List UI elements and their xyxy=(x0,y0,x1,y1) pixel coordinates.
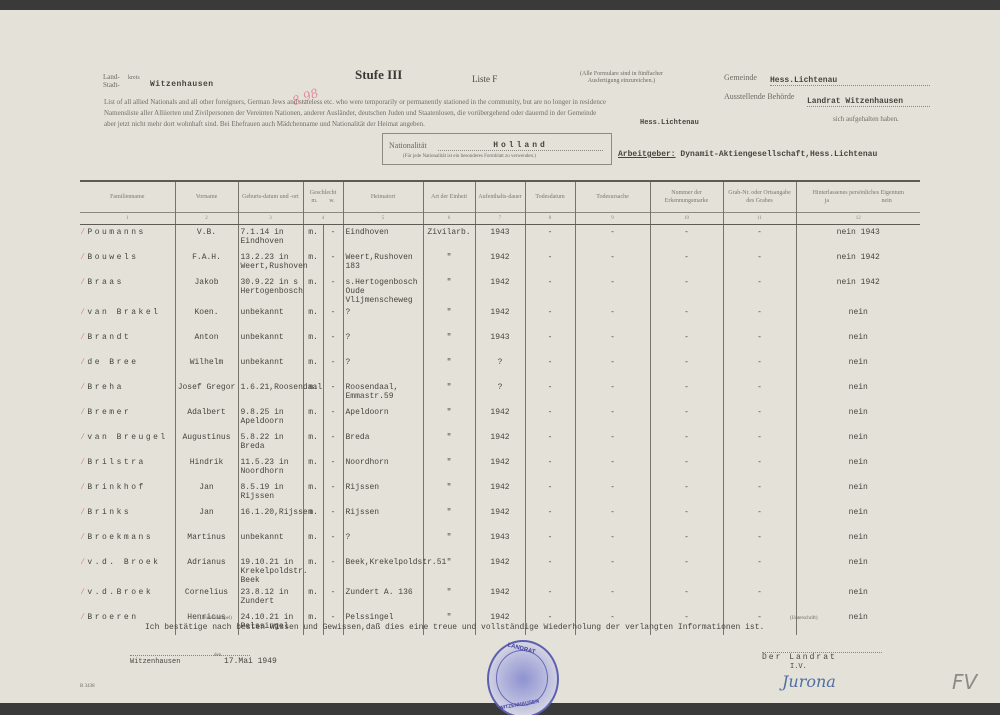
surname-text: Brilstra xyxy=(87,458,145,467)
surname-cell: ∕Braas xyxy=(80,275,175,305)
description: List of all allied Nationals and all oth… xyxy=(104,97,904,130)
nationality-box: Nationalität Holland (Für jede Nationali… xyxy=(382,133,612,165)
death-cause-cell: - xyxy=(575,505,650,530)
death-cause-cell: - xyxy=(575,430,650,455)
check-mark-icon: ∕ xyxy=(80,407,85,417)
death-date-cell: - xyxy=(525,555,575,585)
col-number: 9 xyxy=(575,213,650,225)
check-mark-icon: ∕ xyxy=(80,482,85,492)
unit-cell: Zivilarb. xyxy=(423,225,475,250)
birth-cell: 1.6.21,Roosendaal xyxy=(238,380,303,405)
gemeinde-label: Gemeinde xyxy=(724,73,757,82)
tag-number-cell: - xyxy=(650,530,723,555)
surname-text: van Brakel xyxy=(87,308,160,317)
surname-text: Braas xyxy=(87,278,124,287)
table-row: ∕BroekmansMartinusunbekanntm.-?"1943----… xyxy=(80,530,920,555)
check-mark-icon: ∕ xyxy=(80,382,85,392)
sex-w-cell: - xyxy=(323,530,343,555)
col-sub: w. xyxy=(329,197,334,205)
unit-cell: " xyxy=(423,505,475,530)
hometown-cell: Eindhoven xyxy=(343,225,423,250)
col-header: Vorname xyxy=(175,181,238,213)
grave-cell: - xyxy=(723,355,796,380)
description-line: List of all allied Nationals and all oth… xyxy=(104,97,904,108)
col-header: Hinterlassenes persönliches Eigentumjane… xyxy=(796,181,920,213)
property-cell: nein xyxy=(796,330,920,355)
sex-w-cell: - xyxy=(323,555,343,585)
check-mark-icon: ∕ xyxy=(80,357,85,367)
surname-text: de Bree xyxy=(87,358,138,367)
gemeinde-value: Hess.Lichtenau xyxy=(770,76,930,86)
tag-number-cell: - xyxy=(650,455,723,480)
stay-cell: 1942 xyxy=(475,455,525,480)
given-name-cell: Wilhelm xyxy=(175,355,238,380)
surname-cell: ∕Bremer xyxy=(80,405,175,430)
confirmation-text: Ich bestätige nach besten Wissen und Gew… xyxy=(145,623,764,632)
property-cell: nein xyxy=(796,405,920,430)
col-number: 10 xyxy=(650,213,723,225)
hometown-cell: Weert,Rushoven 183 xyxy=(343,250,423,275)
sex-m-cell: m. xyxy=(303,530,323,555)
birth-cell: 23.8.12 in Zundert xyxy=(238,585,303,610)
given-name-cell: Koen. xyxy=(175,305,238,330)
document-page: Land- Stadt- kreis Witzenhausen 8.98 Stu… xyxy=(0,10,1000,703)
col-header: Todesursache xyxy=(575,181,650,213)
arbeitgeber: Arbeitgeber: Dynamit-Aktiengesellschaft,… xyxy=(618,150,877,159)
nationalitaet-hint: (Für jede Nationalität ist ein besondere… xyxy=(403,154,536,159)
tag-number-cell: - xyxy=(650,380,723,405)
surname-text: v.d.Broek xyxy=(87,588,153,597)
birth-cell: unbekannt xyxy=(238,530,303,555)
stay-cell: 1943 xyxy=(475,530,525,555)
tag-number-cell: - xyxy=(650,305,723,330)
given-name-cell: Anton xyxy=(175,330,238,355)
death-date-cell: - xyxy=(525,585,575,610)
check-mark-icon: ∕ xyxy=(80,332,85,342)
check-mark-icon: ∕ xyxy=(80,252,85,262)
hometown-cell: Rijssen xyxy=(343,480,423,505)
stay-cell: 1942 xyxy=(475,430,525,455)
death-date-cell: - xyxy=(525,480,575,505)
arbeitgeber-label: Arbeitgeber: xyxy=(618,150,676,159)
death-date-cell: - xyxy=(525,225,575,250)
col-number: 2 xyxy=(175,213,238,225)
given-name-cell: Jan xyxy=(175,505,238,530)
given-name-cell: V.B. xyxy=(175,225,238,250)
stay-cell: ? xyxy=(475,380,525,405)
table-row: ∕BrehaJosef Gregor1.6.21,Roosendaalm.-Ro… xyxy=(80,380,920,405)
sex-m-cell: m. xyxy=(303,305,323,330)
death-date-cell: - xyxy=(525,530,575,555)
hometown-cell: Breda xyxy=(343,430,423,455)
kreis-label: kreis xyxy=(128,75,140,81)
surname-text: van Breugel xyxy=(87,433,167,442)
property-cell: nein xyxy=(796,505,920,530)
grave-cell: - xyxy=(723,275,796,305)
surname-text: Bouwels xyxy=(87,253,138,262)
death-cause-cell: - xyxy=(575,275,650,305)
sex-w-cell: - xyxy=(323,305,343,330)
surname-cell: ∕Poumanns xyxy=(80,225,175,250)
col-header: Geschlechtm.w. xyxy=(303,181,343,213)
property-cell: nein xyxy=(796,530,920,555)
col-number: 6 xyxy=(423,213,475,225)
birth-cell: 8.5.19 in Rijssen xyxy=(238,480,303,505)
stay-cell: 1942 xyxy=(475,405,525,430)
check-mark-icon: ∕ xyxy=(80,307,85,317)
sex-w-cell: - xyxy=(323,225,343,250)
birth-cell: unbekannt xyxy=(238,305,303,330)
col-header-label: Hinterlassenes persönliches Eigentum xyxy=(799,189,919,197)
tag-number-cell: - xyxy=(650,225,723,250)
check-mark-icon: ∕ xyxy=(80,507,85,517)
sex-w-cell: - xyxy=(323,250,343,275)
surname-text: Breha xyxy=(87,383,124,392)
table-row: ∕van BrakelKoen.unbekanntm.-?"1942----ne… xyxy=(80,305,920,330)
tag-number-cell: - xyxy=(650,585,723,610)
death-cause-cell: - xyxy=(575,405,650,430)
col-header: Heimatort xyxy=(343,181,423,213)
grave-cell: - xyxy=(723,405,796,430)
table-row: ∕v.d.BroekCornelius23.8.12 in Zundertm.-… xyxy=(80,585,920,610)
grave-cell: - xyxy=(723,225,796,250)
birth-cell: 19.10.21 in Krekelpoldstr. Beek xyxy=(238,555,303,585)
col-sub: ja xyxy=(825,197,829,205)
death-date-cell: - xyxy=(525,430,575,455)
property-cell: nein xyxy=(796,430,920,455)
grave-cell: - xyxy=(723,505,796,530)
given-name-cell: Adalbert xyxy=(175,405,238,430)
stadt-label: Stadt- xyxy=(103,81,120,89)
death-date-cell: - xyxy=(525,305,575,330)
table-row: ∕PoumannsV.B.7.1.14 in Eindhovenm.-Eindh… xyxy=(80,225,920,250)
unit-cell: " xyxy=(423,250,475,275)
given-name-cell: Jakob xyxy=(175,275,238,305)
property-cell: nein xyxy=(796,355,920,380)
death-cause-cell: - xyxy=(575,555,650,585)
sex-w-cell: - xyxy=(323,405,343,430)
birth-cell: 7.1.14 in Eindhoven xyxy=(238,225,303,250)
col-number: 7 xyxy=(475,213,525,225)
unit-cell: " xyxy=(423,430,475,455)
death-cause-cell: - xyxy=(575,250,650,275)
signatory-title: Der Landrat xyxy=(762,652,882,662)
table-row: ∕BrilstraHindrik11.5.23 in Noordhornm.-N… xyxy=(80,455,920,480)
hometown-cell: ? xyxy=(343,355,423,380)
persons-table: Familienname Vorname Geburts-datum und -… xyxy=(80,180,920,635)
grave-cell: - xyxy=(723,250,796,275)
given-name-cell: Cornelius xyxy=(175,585,238,610)
surname-text: Bremer xyxy=(87,408,131,417)
tag-number-cell: - xyxy=(650,405,723,430)
table-row: ∕BrandtAntonunbekanntm.-?"1943----nein xyxy=(80,330,920,355)
surname-text: Brinkhof xyxy=(87,483,145,492)
copies-note: (Alle Formulare sind in fünffacher Ausfe… xyxy=(580,71,663,85)
nationalitaet-label: Nationalität xyxy=(389,141,427,150)
sex-m-cell: m. xyxy=(303,330,323,355)
surname-cell: ∕v.d.Broek xyxy=(80,585,175,610)
sex-w-cell: - xyxy=(323,355,343,380)
col-number: 1 xyxy=(80,213,175,225)
hometown-cell: Zundert A. 136 xyxy=(343,585,423,610)
surname-text: Poumanns xyxy=(87,228,145,237)
check-mark-icon: ∕ xyxy=(80,432,85,442)
col-header: Art der Einheit xyxy=(423,181,475,213)
sex-m-cell: m. xyxy=(303,405,323,430)
dienststempel-label: (Dienststempel) xyxy=(200,616,232,621)
birth-cell: 11.5.23 in Noordhorn xyxy=(238,455,303,480)
surname-cell: ∕v.d. Broek xyxy=(80,555,175,585)
sex-w-cell: - xyxy=(323,430,343,455)
stay-cell: 1942 xyxy=(475,555,525,585)
col-number: 3 xyxy=(238,213,303,225)
sex-w-cell: - xyxy=(323,330,343,355)
sex-m-cell: m. xyxy=(303,455,323,480)
check-mark-icon: ∕ xyxy=(80,532,85,542)
col-number: 4 xyxy=(303,213,343,225)
tag-number-cell: - xyxy=(650,250,723,275)
death-cause-cell: - xyxy=(575,305,650,330)
stay-cell: 1942 xyxy=(475,585,525,610)
sex-w-cell: - xyxy=(323,480,343,505)
col-sub: nein xyxy=(881,197,891,205)
birth-cell: 16.1.20,Rijssen xyxy=(238,505,303,530)
col-header: Grab-Nr. oder Ortsangabe des Grabes xyxy=(723,181,796,213)
stay-cell: 1942 xyxy=(475,275,525,305)
death-cause-cell: - xyxy=(575,330,650,355)
check-mark-icon: ∕ xyxy=(80,227,85,237)
death-date-cell: - xyxy=(525,330,575,355)
hometown-cell: Apeldoorn xyxy=(343,405,423,430)
death-date-cell: - xyxy=(525,455,575,480)
check-mark-icon: ∕ xyxy=(80,612,85,622)
surname-cell: ∕Brandt xyxy=(80,330,175,355)
col-header: Aufenthalts-dauer xyxy=(475,181,525,213)
stay-cell: 1942 xyxy=(475,250,525,275)
col-number: 5 xyxy=(343,213,423,225)
liste-label: Liste F xyxy=(472,74,497,84)
col-sub: m. xyxy=(311,197,317,205)
date: 17.Mai 1949 xyxy=(224,657,277,666)
surname-cell: ∕Broekmans xyxy=(80,530,175,555)
given-name-cell: Jan xyxy=(175,480,238,505)
death-cause-cell: - xyxy=(575,380,650,405)
property-cell: nein xyxy=(796,480,920,505)
given-name-cell: F.A.H. xyxy=(175,250,238,275)
death-cause-cell: - xyxy=(575,455,650,480)
grave-cell: - xyxy=(723,530,796,555)
tag-number-cell: - xyxy=(650,355,723,380)
unit-cell: " xyxy=(423,355,475,380)
given-name-cell: Adrianus xyxy=(175,555,238,585)
tag-number-cell: - xyxy=(650,275,723,305)
given-name-cell: Hindrik xyxy=(175,455,238,480)
property-cell: nein 1942 xyxy=(796,275,920,305)
death-date-cell: - xyxy=(525,250,575,275)
sex-w-cell: - xyxy=(323,585,343,610)
col-number: 11 xyxy=(723,213,796,225)
official-stamp: LANDRAT WITZENHAUSEN xyxy=(487,640,559,715)
stamp-ring xyxy=(496,650,548,706)
col-header: Geburts-datum und -ort xyxy=(238,181,303,213)
given-name-cell: Josef Gregor xyxy=(175,380,238,405)
nationalitaet-value: Holland xyxy=(438,141,603,151)
stay-cell: ? xyxy=(475,355,525,380)
table-row: ∕van BreugelAugustinus5.8.22 in Bredam.-… xyxy=(80,430,920,455)
sex-m-cell: m. xyxy=(303,275,323,305)
hometown-cell: Beek,Krekelpoldstr.51 xyxy=(343,555,423,585)
table-row: ∕BrinksJan16.1.20,Rijssenm.-Rijssen"1942… xyxy=(80,505,920,530)
land-label: Land- xyxy=(103,73,120,81)
kreis-value: Witzenhausen xyxy=(150,80,214,89)
property-cell: nein 1943 xyxy=(796,225,920,250)
sex-w-cell: - xyxy=(323,505,343,530)
hometown-cell: ? xyxy=(343,530,423,555)
sex-m-cell: m. xyxy=(303,355,323,380)
col-header: Todesdatum xyxy=(525,181,575,213)
unterschrift-label: (Unterschrift) xyxy=(790,616,818,621)
hometown-cell: ? xyxy=(343,305,423,330)
property-cell: nein xyxy=(796,305,920,330)
description-line: aber jetzt nicht mehr dort wohnhaft sind… xyxy=(104,119,904,130)
table-row: ∕BrinkhofJan8.5.19 in Rijssenm.-Rijssen"… xyxy=(80,480,920,505)
gemeinde-inline-value: Hess.Lichtenau xyxy=(640,119,699,127)
unit-cell: " xyxy=(423,530,475,555)
check-mark-icon: ∕ xyxy=(80,277,85,287)
grave-cell: - xyxy=(723,480,796,505)
birth-cell: 5.8.22 in Breda xyxy=(238,430,303,455)
property-cell: nein xyxy=(796,455,920,480)
death-cause-cell: - xyxy=(575,355,650,380)
col-number: 12 xyxy=(796,213,920,225)
check-mark-icon: ∕ xyxy=(80,457,85,467)
death-cause-cell: - xyxy=(575,225,650,250)
grave-cell: - xyxy=(723,430,796,455)
description-line: Namensliste aller Alliierten und Zivilpe… xyxy=(104,108,904,119)
birth-cell: 9.8.25 in Apeldoorn xyxy=(238,405,303,430)
hometown-cell: Noordhorn xyxy=(343,455,423,480)
unit-cell: " xyxy=(423,330,475,355)
hometown-cell: Rijssen xyxy=(343,505,423,530)
col-header: Familienname xyxy=(80,181,175,213)
death-cause-cell: - xyxy=(575,530,650,555)
sex-m-cell: m. xyxy=(303,480,323,505)
death-date-cell: - xyxy=(525,505,575,530)
tag-number-cell: - xyxy=(650,555,723,585)
arbeitgeber-value: Dynamit-Aktiengesellschaft,Hess.Lichtena… xyxy=(680,150,877,159)
birth-cell: 13.2.23 in Weert,Rushoven xyxy=(238,250,303,275)
land-stadt-label: Land- Stadt- xyxy=(103,73,120,89)
check-mark-icon: ∕ xyxy=(80,587,85,597)
given-name-cell: Martinus xyxy=(175,530,238,555)
grave-cell: - xyxy=(723,585,796,610)
stay-cell: 1943 xyxy=(475,225,525,250)
sex-w-cell: - xyxy=(323,275,343,305)
grave-cell: - xyxy=(723,455,796,480)
property-cell: nein 1942 xyxy=(796,250,920,275)
form-title: Stufe III xyxy=(355,67,402,83)
birth-cell: unbekannt xyxy=(238,355,303,380)
property-cell: nein xyxy=(796,585,920,610)
unit-cell: " xyxy=(423,585,475,610)
surname-cell: ∕Bouwels xyxy=(80,250,175,275)
grave-cell: - xyxy=(723,330,796,355)
signature: Jurona xyxy=(782,672,836,691)
table-header: Familienname Vorname Geburts-datum und -… xyxy=(80,181,920,213)
surname-text: Brandt xyxy=(87,333,131,342)
note-line: Ausfertigung einzureichen.) xyxy=(580,78,663,85)
death-date-cell: - xyxy=(525,275,575,305)
death-date-cell: - xyxy=(525,355,575,380)
grave-cell: - xyxy=(723,380,796,405)
col-header: Nummer der Erkennungsmarke xyxy=(650,181,723,213)
unit-cell: " xyxy=(423,405,475,430)
col-header-label: Geschlecht xyxy=(306,189,341,197)
grave-cell: - xyxy=(723,305,796,330)
unit-cell: " xyxy=(423,455,475,480)
surname-cell: ∕Brinks xyxy=(80,505,175,530)
surname-text: Broeren xyxy=(87,613,138,622)
surname-cell: ∕Brinkhof xyxy=(80,480,175,505)
column-numbers: 1 2 3 4 5 6 7 8 9 10 11 12 xyxy=(80,213,920,225)
death-date-cell: - xyxy=(525,380,575,405)
birth-cell: 30.9.22 in s Hertogenbosch xyxy=(238,275,303,305)
surname-cell: ∕van Breugel xyxy=(80,430,175,455)
surname-cell: ∕van Brakel xyxy=(80,305,175,330)
corner-initials: FV xyxy=(952,670,977,694)
col-number: 8 xyxy=(525,213,575,225)
table-row: ∕de BreeWilhelmunbekanntm.-?"?----nein xyxy=(80,355,920,380)
death-date-cell: - xyxy=(525,405,575,430)
surname-text: Broekmans xyxy=(87,533,153,542)
note-line: (Alle Formulare sind in fünffacher xyxy=(580,71,663,78)
surname-text: v.d. Broek xyxy=(87,558,160,567)
hometown-cell: Roosendaal, Emmastr.59 xyxy=(343,380,423,405)
form-number: B 3438 xyxy=(80,684,95,689)
table-row: ∕BouwelsF.A.H.13.2.23 in Weert,Rushovenm… xyxy=(80,250,920,275)
property-cell: nein xyxy=(796,555,920,585)
property-cell: nein xyxy=(796,380,920,405)
stay-cell: 1942 xyxy=(475,505,525,530)
hometown-cell: s.Hertogenbosch Oude Vlijmenscheweg xyxy=(343,275,423,305)
table-row: ∕BraasJakob30.9.22 in s Hertogenboschm.-… xyxy=(80,275,920,305)
unit-cell: " xyxy=(423,305,475,330)
sex-w-cell: - xyxy=(323,380,343,405)
sex-m-cell: m. xyxy=(303,430,323,455)
given-name-cell: Augustinus xyxy=(175,430,238,455)
signatory-iv: I.V. xyxy=(790,663,807,671)
grave-cell: - xyxy=(723,555,796,585)
unit-cell: " xyxy=(423,480,475,505)
sex-m-cell: m. xyxy=(303,225,323,250)
death-cause-cell: - xyxy=(575,480,650,505)
birth-cell: unbekannt xyxy=(238,330,303,355)
table-row: ∕BremerAdalbert9.8.25 in Apeldoornm.-Ape… xyxy=(80,405,920,430)
unit-cell: " xyxy=(423,380,475,405)
tag-number-cell: - xyxy=(650,480,723,505)
death-cause-cell: - xyxy=(575,585,650,610)
stay-cell: 1942 xyxy=(475,480,525,505)
sex-w-cell: - xyxy=(323,455,343,480)
aufgehalten-suffix: sich aufgehalten haben. xyxy=(833,114,899,125)
tag-number-cell: - xyxy=(650,430,723,455)
check-mark-icon: ∕ xyxy=(80,557,85,567)
table-row: ∕v.d. BroekAdrianus19.10.21 in Krekelpol… xyxy=(80,555,920,585)
tag-number-cell: - xyxy=(650,330,723,355)
surname-cell: ∕de Bree xyxy=(80,355,175,380)
tag-number-cell: - xyxy=(650,505,723,530)
stay-cell: 1942 xyxy=(475,305,525,330)
